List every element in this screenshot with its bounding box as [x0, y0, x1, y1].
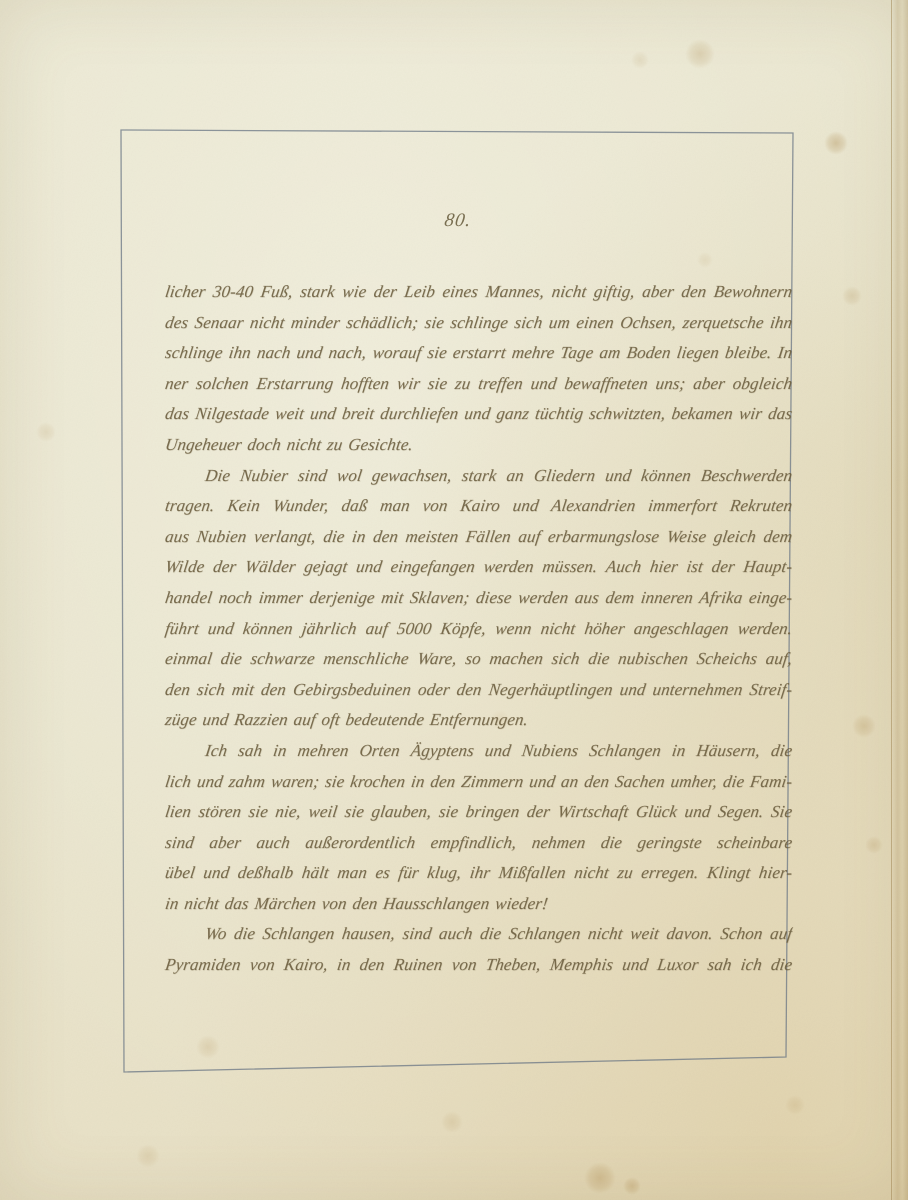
- manuscript-text-block: licher 30-40 Fuß, stark wie der Leib ein…: [163, 277, 790, 981]
- manuscript-line: Ich sah in mehren Orten Ägyptens und Nub…: [163, 736, 794, 767]
- foxing-stain: [842, 286, 862, 306]
- manuscript-line: lich und zahm waren; sie krochen in den …: [163, 767, 794, 798]
- manuscript-line: Pyramiden von Kairo, in den Ruinen von T…: [163, 950, 794, 981]
- foxing-stain: [623, 1177, 641, 1195]
- foxing-stain: [697, 252, 713, 268]
- foxing-stain: [865, 836, 883, 854]
- manuscript-line: handel noch immer derjenige mit Sklaven;…: [163, 583, 794, 614]
- foxing-stain: [196, 1035, 220, 1059]
- manuscript-line: des Senaar nicht minder schädlich; sie s…: [163, 308, 794, 339]
- manuscript-line: übel und deßhalb hält man es für klug, i…: [163, 858, 794, 889]
- foxing-stain: [685, 39, 715, 69]
- foxing-stain: [441, 1111, 463, 1133]
- manuscript-line: Wo die Schlangen hausen, sind auch die S…: [163, 919, 794, 950]
- manuscript-line: ner solchen Erstarrung hofften wir sie z…: [163, 369, 794, 400]
- manuscript-line: Wilde der Wälder gejagt und eingefangen …: [163, 552, 794, 583]
- manuscript-line: licher 30-40 Fuß, stark wie der Leib ein…: [163, 277, 794, 308]
- foxing-stain: [785, 1095, 805, 1115]
- foxing-stain: [36, 422, 56, 442]
- manuscript-line: das Nilgestade weit und breit durchliefe…: [163, 399, 794, 430]
- page-number: 80.: [0, 210, 908, 232]
- foxing-stain: [824, 131, 848, 155]
- manuscript-line: Die Nubier sind wol gewachsen, stark an …: [163, 461, 794, 492]
- manuscript-line: Ungeheuer doch nicht zu Gesichte.: [163, 430, 794, 461]
- manuscript-line: züge und Razzien auf oft bedeutende Entf…: [163, 705, 794, 736]
- foxing-stain: [631, 51, 649, 69]
- manuscript-line: aus Nubien verlangt, die in den meisten …: [163, 522, 794, 553]
- foxing-stain: [852, 714, 876, 738]
- manuscript-line: tragen. Kein Wunder, daß man von Kairo u…: [163, 491, 794, 522]
- manuscript-page-scan: 80. licher 30-40 Fuß, stark wie der Leib…: [0, 0, 908, 1200]
- foxing-stain: [584, 1162, 616, 1194]
- manuscript-line: in nicht das Märchen von den Hausschlang…: [163, 889, 794, 920]
- manuscript-line: einmal die schwarze menschliche Ware, so…: [163, 644, 794, 675]
- foxing-stain: [136, 1144, 160, 1168]
- manuscript-line: sind aber auch außerordentlich empfindli…: [163, 828, 794, 859]
- manuscript-line: führt und können jährlich auf 5000 Köpfe…: [163, 614, 794, 645]
- manuscript-line: schlinge ihn nach und nach, worauf sie e…: [163, 338, 794, 369]
- manuscript-line: lien stören sie nie, weil sie glauben, s…: [163, 797, 794, 828]
- page-edge: [891, 0, 908, 1200]
- manuscript-line: den sich mit den Gebirgsbeduinen oder de…: [163, 675, 794, 706]
